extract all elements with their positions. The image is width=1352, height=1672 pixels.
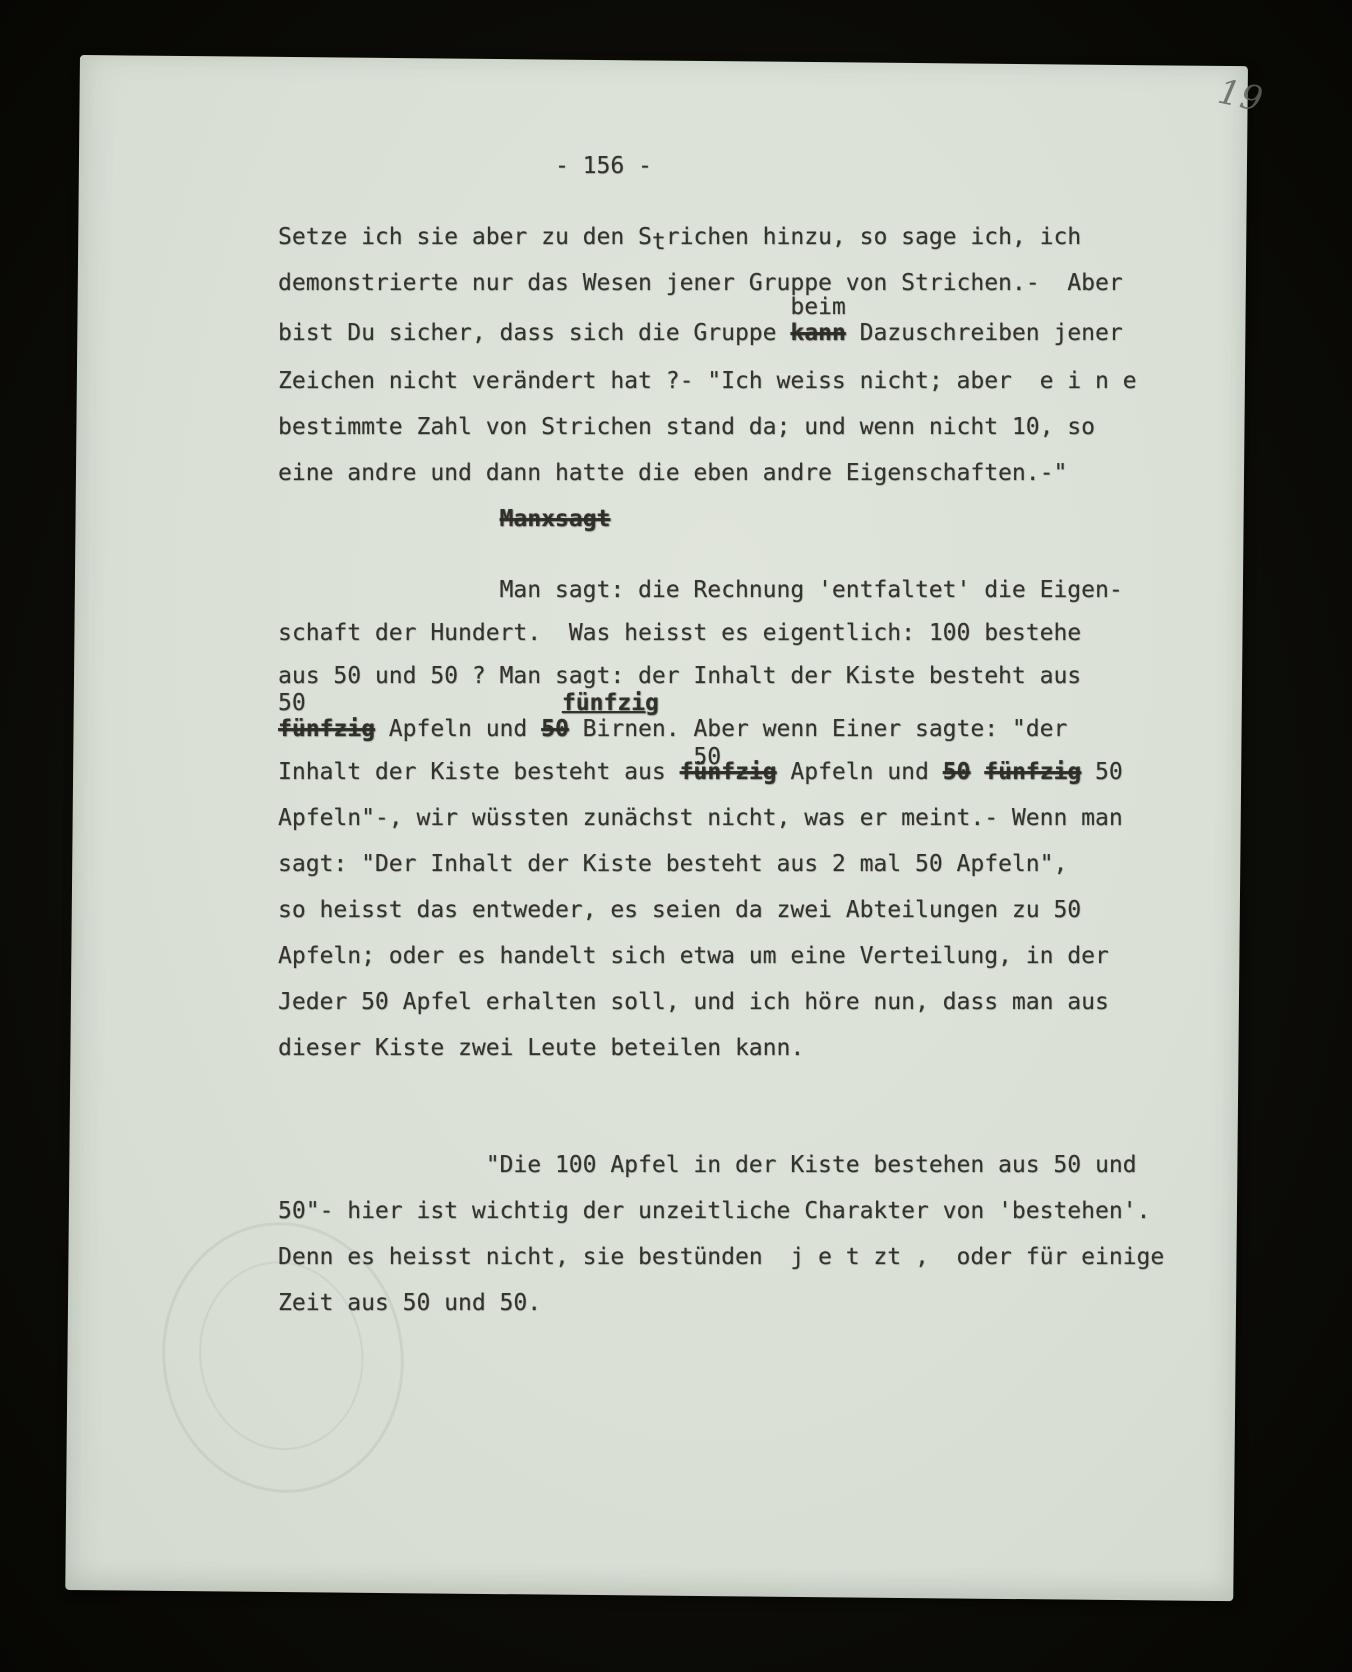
typed-segment: so heisst das entweder, es seien da zwei…	[278, 897, 1081, 923]
typed-line-6: bestimmte Zahl von Strichen stand da; un…	[278, 404, 1095, 450]
typed-segment: - 156 -	[555, 153, 652, 179]
typed-segment: Inhalt der Kiste besteht aus	[278, 759, 680, 785]
typed-segment: bist Du sicher, dass sich die Gruppe	[278, 320, 790, 346]
typed-line-16: so heisst das entweder, es seien da zwei…	[278, 887, 1081, 933]
interline-insertion: 50	[693, 734, 721, 780]
typed-text-layer: - 156 -Setze ich sie aber zu den Striche…	[0, 0, 1352, 1672]
scan-background: 19 - 156 -Setze ich sie aber zu den Stri…	[0, 0, 1352, 1672]
typed-line-22: Denn es heisst nicht, sie bestünden j e …	[278, 1234, 1164, 1280]
typed-segment: "Die 100 Apfel in der Kiste bestehen aus…	[486, 1152, 1137, 1178]
typed-line-13: Inhalt der Kiste besteht aus fünfzig Apf…	[278, 749, 1123, 795]
typed-line-11: aus 50 und 50 ? Man sagt: der Inhalt der…	[278, 653, 1081, 699]
typed-segment: Apfeln und	[375, 716, 541, 742]
typed-line-7: eine andre und dann hatte die eben andre…	[278, 450, 1067, 496]
typed-segment: Jeder 50 Apfel erhalten soll, und ich hö…	[278, 989, 1109, 1015]
typed-line-12: fünfzig Apfeln und 50 Birnen. Aber wenn …	[278, 706, 1067, 752]
struck-out-text: fünfzig	[984, 759, 1081, 785]
typed-segment: Zeichen nicht verändert hat ?- "Ich weis…	[278, 368, 1137, 394]
typed-line-19: dieser Kiste zwei Leute beteilen kann.	[278, 1025, 804, 1071]
typed-segment: Dazuschreiben jener	[846, 320, 1123, 346]
typed-segment: Setze ich sie aber zu den S	[278, 224, 652, 250]
typed-segment: aus 50 und 50 ? Man sagt: der Inhalt der…	[278, 663, 1081, 689]
page-number: - 156 -	[555, 143, 652, 189]
typed-line-23: Zeit aus 50 und 50.	[278, 1280, 541, 1326]
struck-out-text: Manxsagt	[500, 506, 611, 532]
typed-segment	[970, 759, 984, 785]
typed-line-20: "Die 100 Apfel in der Kiste bestehen aus…	[486, 1142, 1137, 1188]
typed-segment: Apfeln"-, wir wüssten zunächst nicht, wa…	[278, 805, 1123, 831]
typed-segment: Apfeln; oder es handelt sich etwa um ein…	[278, 943, 1109, 969]
struck-out-text: 50	[943, 759, 971, 785]
typed-segment: Denn es heisst nicht, sie bestünden j e …	[278, 1244, 1164, 1270]
typed-segment: bestimmte Zahl von Strichen stand da; un…	[278, 414, 1095, 440]
typed-segment: schaft der Hundert. Was heisst es eigent…	[278, 620, 1081, 646]
typed-segment: 50"- hier ist wichtig der unzeitliche Ch…	[278, 1198, 1150, 1224]
typed-segment: sagt: "Der Inhalt der Kiste besteht aus …	[278, 851, 1067, 877]
typed-line-18: Jeder 50 Apfel erhalten soll, und ich hö…	[278, 979, 1109, 1025]
typed-line-9: Man sagt: die Rechnung 'entfaltet' die E…	[500, 567, 1123, 613]
typed-segment: t	[652, 219, 666, 265]
interline-insertion: 50	[278, 680, 306, 726]
typed-line-15: sagt: "Der Inhalt der Kiste besteht aus …	[278, 841, 1067, 887]
typed-line-17: Apfeln; oder es handelt sich etwa um ein…	[278, 933, 1109, 979]
interline-insertion: fünfzig	[562, 680, 659, 726]
typed-segment: demonstrierte nur das Wesen jener Gruppe…	[278, 270, 1123, 296]
typed-line-5: Zeichen nicht verändert hat ?- "Ich weis…	[278, 358, 1137, 404]
typed-segment: Zeit aus 50 und 50.	[278, 1290, 541, 1316]
typed-segment: richen hinzu, so sage ich, ich	[666, 224, 1081, 250]
typed-line-14: Apfeln"-, wir wüssten zunächst nicht, wa…	[278, 795, 1123, 841]
typed-segment: Apfeln und	[777, 759, 943, 785]
typed-line-10: schaft der Hundert. Was heisst es eigent…	[278, 610, 1081, 656]
typed-segment: eine andre und dann hatte die eben andre…	[278, 460, 1067, 486]
interline-insertion: beim	[790, 284, 845, 330]
typed-segment: 50	[1081, 759, 1123, 785]
typed-segment: Man sagt: die Rechnung 'entfaltet' die E…	[500, 577, 1123, 603]
typed-line-2: Setze ich sie aber zu den Strichen hinzu…	[278, 214, 1081, 260]
typed-segment: dieser Kiste zwei Leute beteilen kann.	[278, 1035, 804, 1061]
typed-line-3: demonstrierte nur das Wesen jener Gruppe…	[278, 260, 1123, 306]
deleted-heading: Manxsagt	[500, 496, 611, 542]
typed-line-21: 50"- hier ist wichtig der unzeitliche Ch…	[278, 1188, 1150, 1234]
typed-line-4: bist Du sicher, dass sich die Gruppe kan…	[278, 310, 1123, 356]
